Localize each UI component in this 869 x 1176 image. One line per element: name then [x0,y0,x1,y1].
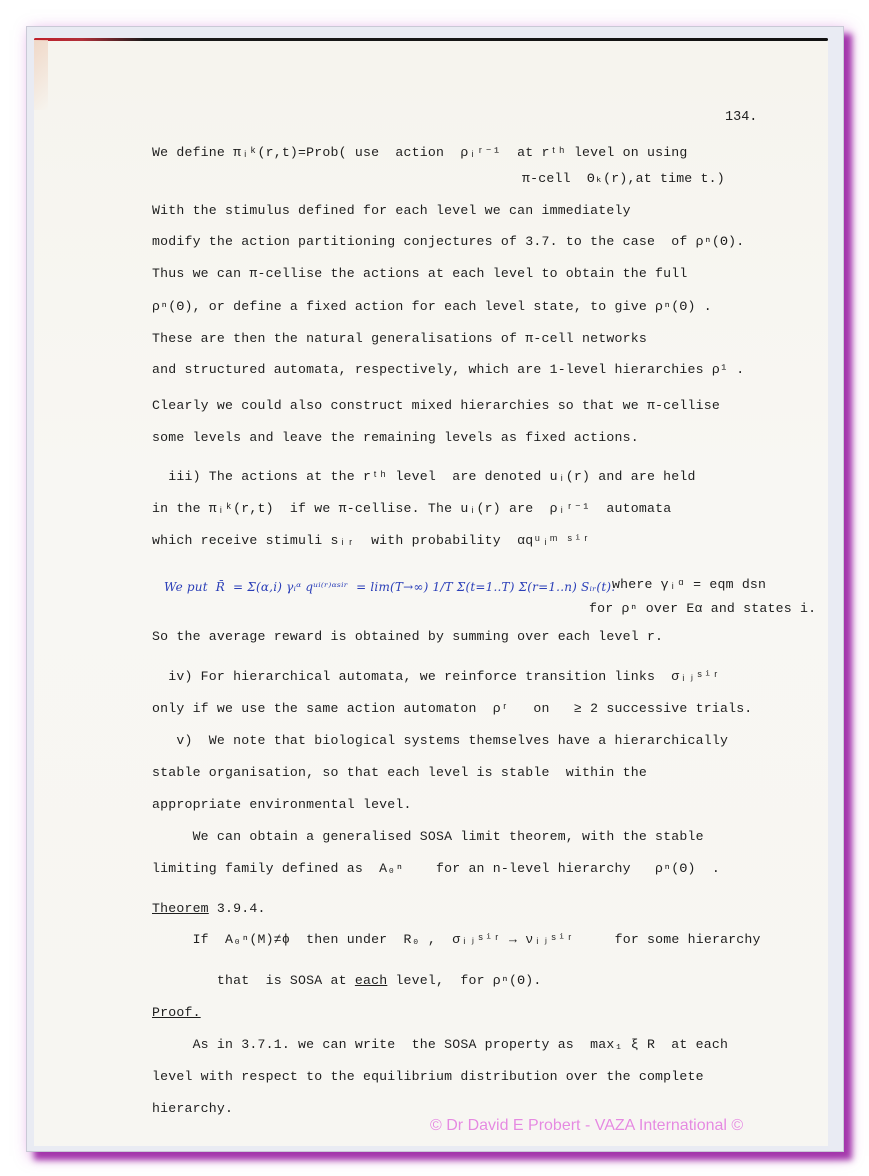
text-line: If A₀ⁿ(M)≠ϕ then under R₀ , σᵢⱼˢⁱʳ → νᵢⱼ… [152,932,761,947]
text-line: modify the action partitioning conjectur… [152,234,744,249]
page-fold-shadow [34,40,48,110]
theorem-label: Theorem [152,901,209,916]
text-line: We can obtain a generalised SOSA limit t… [152,829,704,844]
text-line: These are then the natural generalisatio… [152,331,647,346]
text-line: π-cell Θₖ(r),at time t.) [522,171,725,186]
text-line: some levels and leave the remaining leve… [152,430,639,445]
text-line: Thus we can π-cellise the actions at eac… [152,266,688,281]
text-span-underlined: each [355,973,387,988]
text-line: in the πᵢᵏ(r,t) if we π-cellise. The uᵢ(… [152,501,671,516]
text-line: iv) For hierarchical automata, we reinfo… [152,669,720,684]
text-line: for ρⁿ over Eα and states i. [589,601,816,616]
text-line: limiting family defined as A₀ⁿ for an n-… [152,861,720,876]
proof-heading: Proof. [152,1005,201,1020]
text-line: where γᵢᵅ = eqm dsn [612,577,766,592]
text-line: We define πᵢᵏ(r,t)=Prob( use action ρᵢʳ⁻… [152,145,688,160]
page-number: 134. [725,110,757,125]
text-line: Clearly we could also construct mixed hi… [152,398,720,413]
text-line: level with respect to the equilibrium di… [152,1069,704,1084]
text-line: As in 3.7.1. we can write the SOSA prope… [152,1037,728,1052]
text-span: that is SOSA at [152,973,355,988]
text-line: ρⁿ(Θ), or define a fixed action for each… [152,299,712,314]
reward-equation: We put R̄ = Σ(α,i) γᵢᵅ qᵘⁱ⁽ʳ⁾ᵅˢⁱʳ = lim(… [152,580,615,594]
text-line: v) We note that biological systems thems… [152,733,728,748]
text-line: stable organisation, so that each level … [152,765,647,780]
text-line: iii) The actions at the rᵗʰ level are de… [152,469,696,484]
text-line: that is SOSA at each level, for ρⁿ(Θ). [152,973,542,988]
text-line: which receive stimuli sᵢᵣ with probabili… [152,533,590,548]
page-top-edge [34,38,828,41]
text-line: and structured automata, respectively, w… [152,362,744,377]
text-line: only if we use the same action automaton… [152,701,752,716]
theorem-number: 3.9.4. [209,901,266,916]
text-span: level, for ρⁿ(Θ). [387,973,541,988]
text-line: So the average reward is obtained by sum… [152,629,663,644]
copyright-watermark: © Dr David E Probert - VAZA Internationa… [430,1117,743,1135]
theorem-heading: Theorem 3.9.4. [152,901,266,916]
text-line: With the stimulus defined for each level… [152,203,631,218]
text-line: appropriate environmental level. [152,797,412,812]
text-line: hierarchy. [152,1101,233,1116]
